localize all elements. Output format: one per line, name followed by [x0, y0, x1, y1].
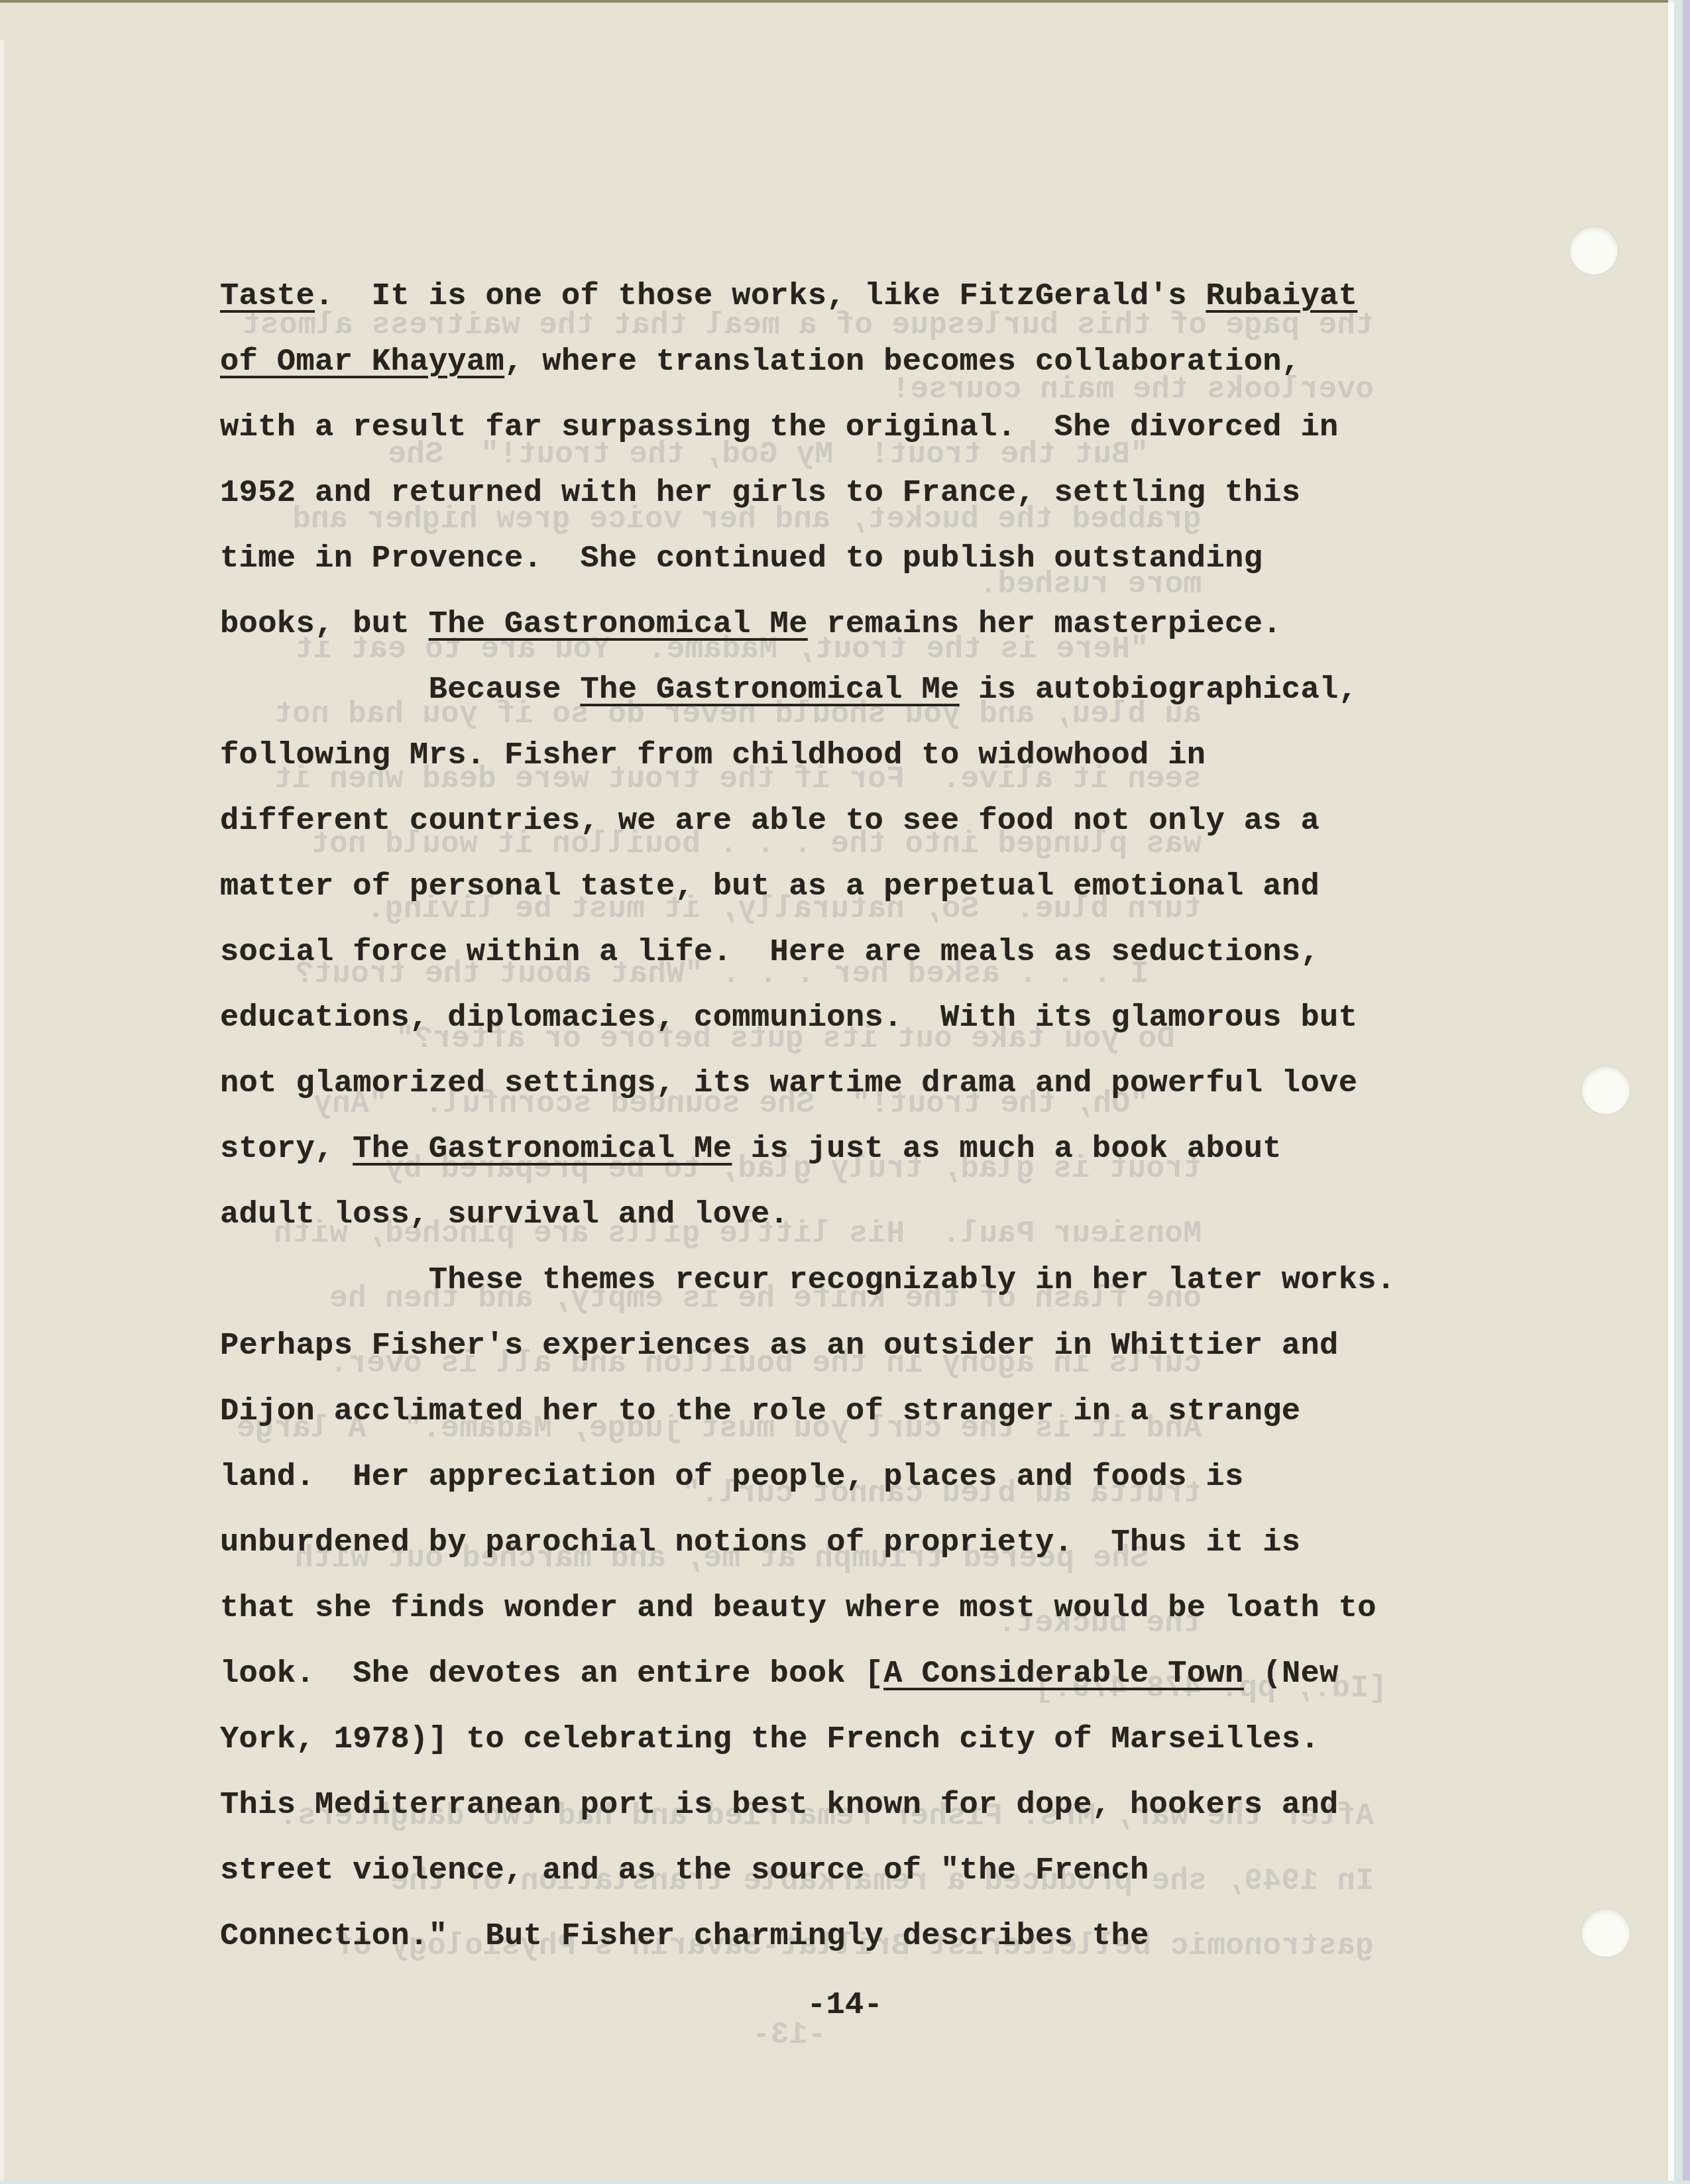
text-segment: (New: [1244, 1657, 1339, 1692]
text-segment: 1952 and returned with her girls to Fran…: [220, 476, 1300, 511]
text-line: Taste. It is one of those works, like Fi…: [220, 280, 1357, 314]
text-segment: These themes recur recognizably in her l…: [220, 1263, 1395, 1298]
text-line: unburdened by parochial notions of propr…: [220, 1526, 1300, 1560]
text-segment: Perhaps Fisher's experiences as an outsi…: [220, 1329, 1339, 1364]
text-line: time in Provence. She continued to publi…: [220, 542, 1263, 576]
hole-punch: [1582, 1066, 1630, 1114]
text-line: adult loss, survival and love.: [220, 1198, 789, 1232]
text-segment: following Mrs. Fisher from childhood to …: [220, 738, 1206, 773]
text-segment: story,: [220, 1132, 353, 1167]
underlined-text: The Gastronomical Me: [581, 673, 960, 708]
text-segment: look. She devotes an entire book [: [220, 1657, 883, 1692]
text-line: 1952 and returned with her girls to Fran…: [220, 476, 1300, 511]
text-segment: This Mediterranean port is best known fo…: [220, 1788, 1339, 1823]
text-line: York, 1978)] to celebrating the French c…: [220, 1723, 1320, 1757]
scan-edge-right-inner: [1668, 0, 1674, 2184]
text-segment: Because: [220, 673, 581, 708]
text-line: following Mrs. Fisher from childhood to …: [220, 739, 1206, 773]
underlined-text: The Gastronomical Me: [429, 607, 808, 642]
text-line: Connection." But Fisher charmingly descr…: [220, 1920, 1149, 1954]
text-segment: adult loss, survival and love.: [220, 1197, 789, 1232]
text-line: different countries, we are able to see …: [220, 804, 1320, 839]
text-line: story, The Gastronomical Me is just as m…: [220, 1132, 1282, 1167]
page-number: -14-: [0, 1988, 1690, 2023]
hole-punch: [1570, 227, 1618, 274]
text-segment: , where translation becomes collaboratio…: [504, 345, 1300, 380]
text-line: Dijon acclimated her to the role of stra…: [220, 1395, 1300, 1429]
typed-text-layer: Taste. It is one of those works, like Fi…: [0, 0, 1690, 2184]
underlined-text: of Omar Khayyam: [220, 345, 504, 380]
text-segment: is autobiographical,: [960, 673, 1358, 708]
text-segment: with a result far surpassing the origina…: [220, 410, 1339, 445]
text-segment: remains her masterpiece.: [808, 607, 1282, 642]
scan-edge-right-lavender: [1683, 0, 1690, 2184]
text-segment: not glamorized settings, its wartime dra…: [220, 1066, 1357, 1101]
text-segment: land. Her appreciation of people, places…: [220, 1460, 1244, 1495]
text-line: not glamorized settings, its wartime dra…: [220, 1067, 1357, 1101]
text-line: Because The Gastronomical Me is autobiog…: [220, 673, 1357, 708]
text-segment: educations, diplomacies, communions. Wit…: [220, 1001, 1357, 1036]
text-segment: York, 1978)] to celebrating the French c…: [220, 1722, 1320, 1757]
text-segment: different countries, we are able to see …: [220, 804, 1320, 839]
underlined-text: Taste: [220, 279, 315, 314]
underlined-text: Rubaiyat: [1206, 279, 1357, 314]
underlined-text: The Gastronomical Me: [353, 1132, 732, 1167]
text-segment: Dijon acclimated her to the role of stra…: [220, 1394, 1300, 1429]
scan-edge-right-mint: [1674, 0, 1683, 2184]
scan-edge-bottom: [0, 2181, 1690, 2184]
text-line: educations, diplomacies, communions. Wit…: [220, 1001, 1357, 1036]
text-line: of Omar Khayyam, where translation becom…: [220, 345, 1300, 380]
text-line: These themes recur recognizably in her l…: [220, 1264, 1395, 1298]
text-segment: . It is one of those works, like FitzGer…: [315, 279, 1206, 314]
text-segment: that she finds wonder and beauty where m…: [220, 1591, 1377, 1626]
text-line: Perhaps Fisher's experiences as an outsi…: [220, 1329, 1339, 1364]
text-line: land. Her appreciation of people, places…: [220, 1460, 1244, 1495]
text-line: matter of personal taste, but as a perpe…: [220, 870, 1320, 904]
text-segment: Connection." But Fisher charmingly descr…: [220, 1919, 1149, 1954]
underlined-text: A Considerable Town: [883, 1657, 1244, 1692]
text-line: This Mediterranean port is best known fo…: [220, 1788, 1339, 1823]
text-line: with a result far surpassing the origina…: [220, 411, 1339, 445]
text-line: that she finds wonder and beauty where m…: [220, 1592, 1377, 1626]
text-line: street violence, and as the source of "t…: [220, 1854, 1149, 1888]
hole-punch: [1582, 1909, 1630, 1957]
text-line: books, but The Gastronomical Me remains …: [220, 608, 1282, 642]
manuscript-page: the page of this burlesque of a meal tha…: [0, 0, 1690, 2184]
text-line: look. She devotes an entire book [A Cons…: [220, 1657, 1339, 1692]
text-line: social force within a life. Here are mea…: [220, 936, 1320, 970]
text-segment: matter of personal taste, but as a perpe…: [220, 869, 1320, 904]
text-segment: unburdened by parochial notions of propr…: [220, 1525, 1300, 1560]
text-segment: books, but: [220, 607, 429, 642]
text-segment: is just as much a book about: [732, 1132, 1282, 1167]
text-segment: time in Provence. She continued to publi…: [220, 541, 1263, 576]
text-segment: street violence, and as the source of "t…: [220, 1853, 1149, 1888]
text-segment: social force within a life. Here are mea…: [220, 935, 1320, 970]
